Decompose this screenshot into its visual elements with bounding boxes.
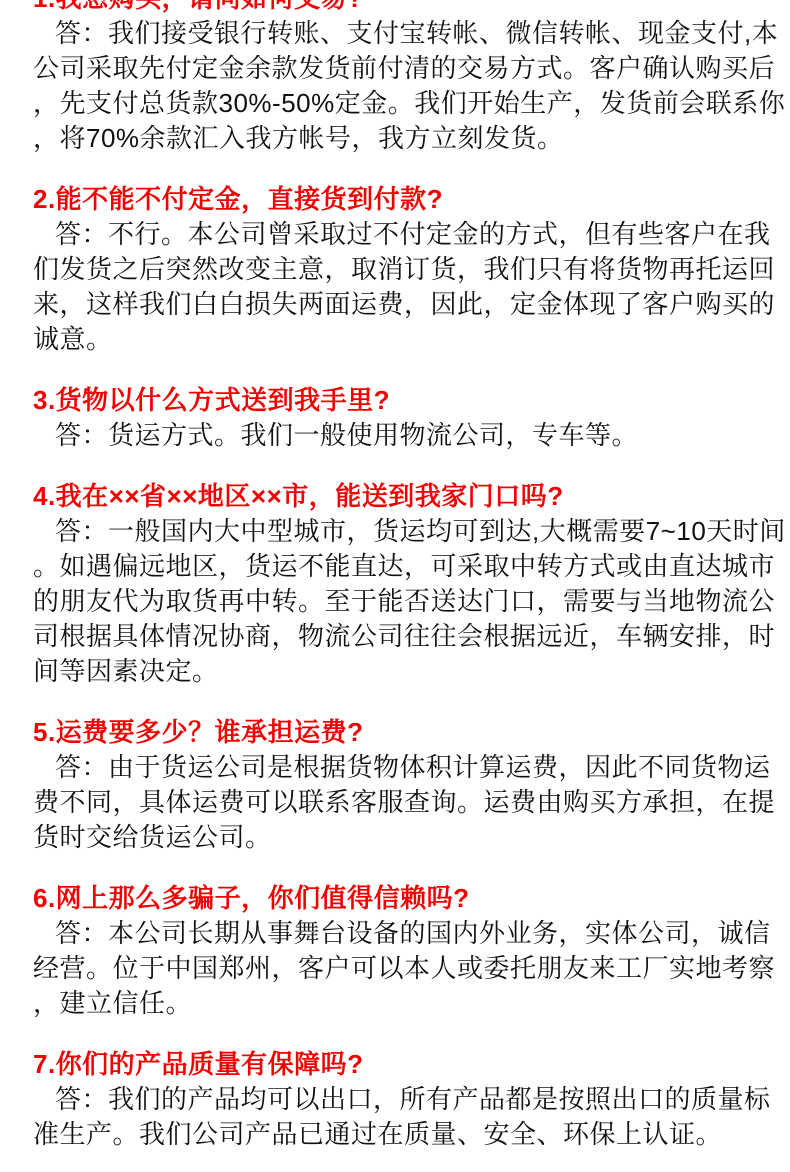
faq-question-7: 7.你们的产品质量有保障吗? (33, 1047, 772, 1082)
answer-line: 答：本公司长期从事舞台设备的国内外业务，实体公司，诚信 (33, 916, 772, 951)
faq-question-1: 1.我想购买，请问如何交易? (33, 0, 772, 16)
answer-line: 答：我们接受银行转账、支付宝转帐、微信转帐、现金支付,本 (33, 16, 772, 51)
answer-line: 答：我们的产品均可以出口，所有产品都是按照出口的质量标 (33, 1082, 772, 1117)
faq-item-7: 7.你们的产品质量有保障吗? 答：我们的产品均可以出口，所有产品都是按照出口的质… (33, 1047, 772, 1152)
faq-item-2: 2.能不能不付定金，直接货到付款? 答：不行。本公司曾采取过不付定金的方式，但有… (33, 182, 772, 357)
faq-item-3: 3.货物以什么方式送到我手里? 答：货运方式。我们一般使用物流公司，专车等。 (33, 383, 772, 453)
faq-page: 1.我想购买，请问如何交易? 答：我们接受银行转账、支付宝转帐、微信转帐、现金支… (0, 0, 790, 1152)
answer-line: 答：不行。本公司曾采取过不付定金的方式，但有些客户在我 (33, 217, 772, 252)
faq-question-3: 3.货物以什么方式送到我手里? (33, 383, 772, 418)
answer-line: 们发货之后突然改变主意，取消订货，我们只有将货物再托运回 (33, 252, 772, 287)
faq-question-2: 2.能不能不付定金，直接货到付款? (33, 182, 772, 217)
answer-line: 间等因素决定。 (33, 654, 772, 689)
faq-question-5: 5.运费要多少？谁承担运费? (33, 715, 772, 750)
answer-line: 费不同，具体运费可以联系客服查询。运费由购买方承担，在提 (33, 785, 772, 820)
faq-answer-4: 答：一般国内大中型城市，货运均可到达,大概需要7~10天时间。如遇偏远地区，货运… (33, 514, 772, 689)
faq-answer-2: 答：不行。本公司曾采取过不付定金的方式，但有些客户在我们发货之后突然改变主意，取… (33, 217, 772, 357)
answer-line: 来，这样我们白白损失两面运费，因此，定金体现了客户购买的 (33, 287, 772, 322)
faq-question-4: 4.我在××省××地区××市，能送到我家门口吗? (33, 479, 772, 514)
faq-answer-1: 答：我们接受银行转账、支付宝转帐、微信转帐、现金支付,本公司采取先付定金余款发货… (33, 16, 772, 156)
answer-line: 货时交给货运公司。 (33, 820, 772, 855)
answer-line: 准生产。我们公司产品已通过在质量、安全、环保上认证。 (33, 1117, 772, 1152)
answer-line: ，将70%余款汇入我方帐号，我方立刻发货。 (33, 121, 772, 156)
faq-item-1: 1.我想购买，请问如何交易? 答：我们接受银行转账、支付宝转帐、微信转帐、现金支… (33, 0, 772, 156)
answer-line: 的朋友代为取货再中转。至于能否送达门口，需要与当地物流公 (33, 584, 772, 619)
faq-answer-6: 答：本公司长期从事舞台设备的国内外业务，实体公司，诚信经营。位于中国郑州，客户可… (33, 916, 772, 1021)
faq-item-6: 6.网上那么多骗子，你们值得信赖吗? 答：本公司长期从事舞台设备的国内外业务，实… (33, 881, 772, 1021)
faq-item-5: 5.运费要多少？谁承担运费? 答：由于货运公司是根据货物体积计算运费，因此不同货… (33, 715, 772, 855)
answer-line: 诚意。 (33, 322, 772, 357)
faq-answer-7: 答：我们的产品均可以出口，所有产品都是按照出口的质量标准生产。我们公司产品已通过… (33, 1082, 772, 1152)
answer-line: ，建立信任。 (33, 986, 772, 1021)
answer-line: 答：由于货运公司是根据货物体积计算运费，因此不同货物运 (33, 750, 772, 785)
answer-line: 。如遇偏远地区，货运不能直达，可采取中转方式或由直达城市 (33, 549, 772, 584)
answer-line: 司根据具体情况协商，物流公司往往会根据远近，车辆安排，时 (33, 619, 772, 654)
faq-question-6: 6.网上那么多骗子，你们值得信赖吗? (33, 881, 772, 916)
answer-line: ，先支付总货款30%-50%定金。我们开始生产，发货前会联系你 (33, 86, 772, 121)
answer-line: 经营。位于中国郑州，客户可以本人或委托朋友来工厂实地考察 (33, 951, 772, 986)
faq-item-4: 4.我在××省××地区××市，能送到我家门口吗? 答：一般国内大中型城市，货运均… (33, 479, 772, 689)
answer-line: 答：货运方式。我们一般使用物流公司，专车等。 (33, 418, 772, 453)
faq-answer-3: 答：货运方式。我们一般使用物流公司，专车等。 (33, 418, 772, 453)
faq-answer-5: 答：由于货运公司是根据货物体积计算运费，因此不同货物运费不同，具体运费可以联系客… (33, 750, 772, 855)
answer-line: 公司采取先付定金余款发货前付清的交易方式。客户确认购买后 (33, 51, 772, 86)
answer-line: 答：一般国内大中型城市，货运均可到达,大概需要7~10天时间 (33, 514, 772, 549)
